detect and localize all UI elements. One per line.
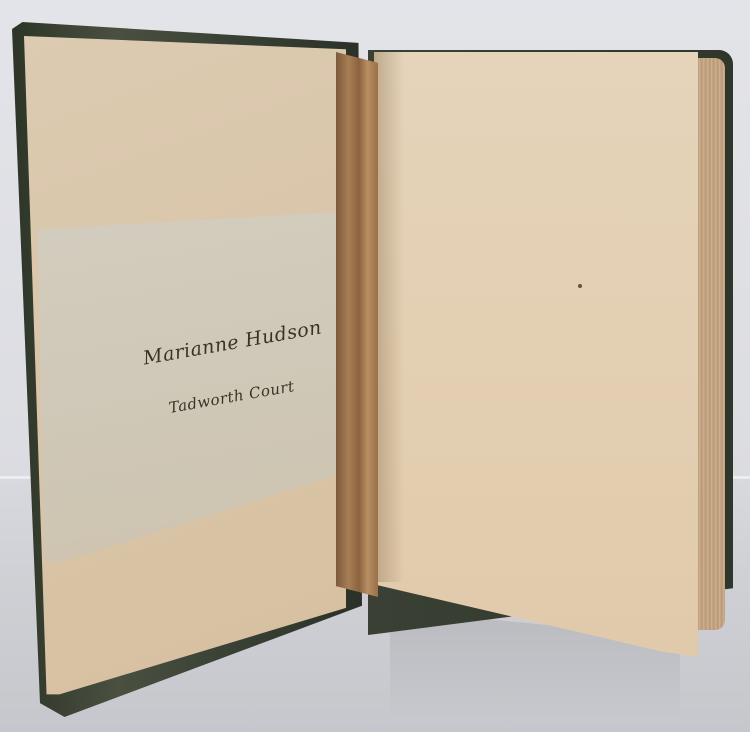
flyleaf-page — [374, 52, 698, 657]
book-gutter-hinge — [336, 52, 378, 597]
foxing-spot — [578, 284, 582, 288]
gutter-shadow — [374, 52, 404, 582]
